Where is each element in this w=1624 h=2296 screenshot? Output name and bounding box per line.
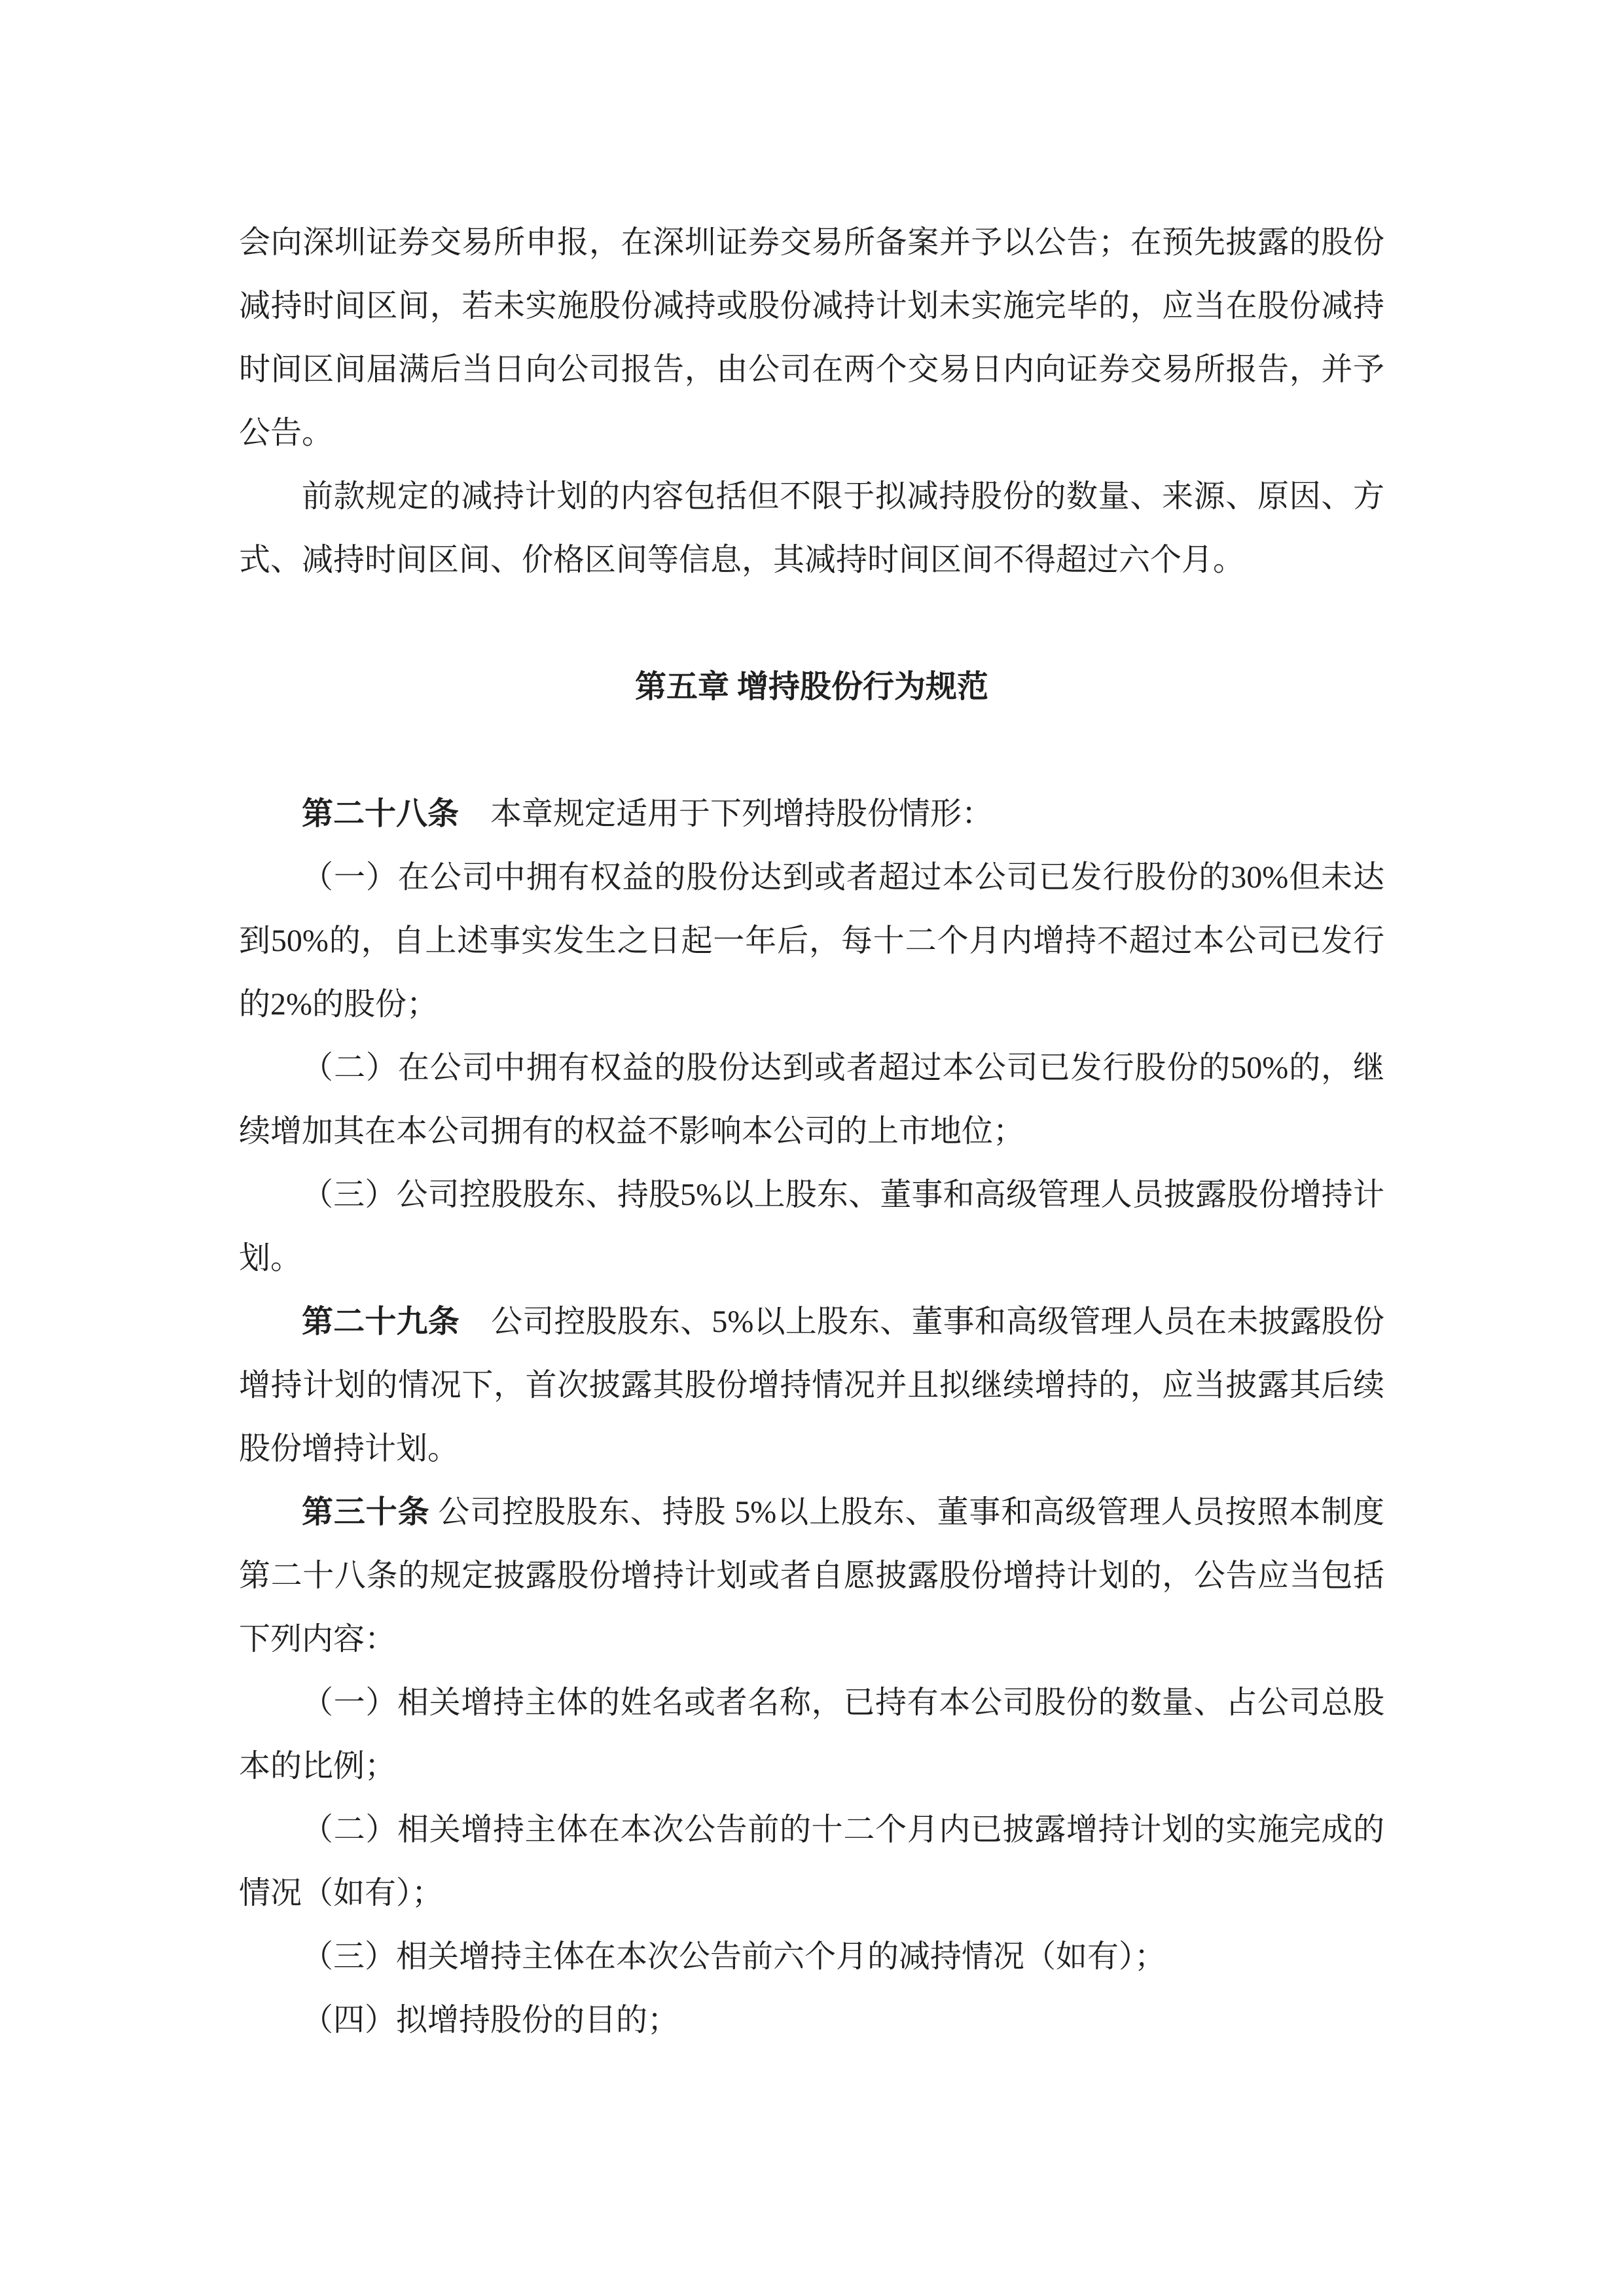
article-28-item-3: （三）公司控股股东、持股5%以上股东、董事和高级管理人员披露股份增持计划。 xyxy=(239,1163,1384,1290)
article-30: 第三十条 公司控股股东、持股 5%以上股东、董事和高级管理人员按照本制度第二十八… xyxy=(239,1480,1384,1671)
article-29: 第二十九条 公司控股股东、5%以上股东、董事和高级管理人员在未披露股份增持计划的… xyxy=(239,1290,1384,1480)
paragraph-continuation: 会向深圳证券交易所申报，在深圳证券交易所备案并予以公告；在预先披露的股份减持时间… xyxy=(239,211,1384,465)
article-30-item-3: （三）相关增持主体在本次公告前六个月的减持情况（如有）； xyxy=(239,1925,1384,1988)
article-30-item-4: （四）拟增持股份的目的； xyxy=(239,1988,1384,2052)
article-28-item-2: （二）在公司中拥有权益的股份达到或者超过本公司已发行股份的50%的，继续增加其在… xyxy=(239,1036,1384,1163)
article-30-label: 第三十条 xyxy=(302,1495,430,1530)
article-30-item-2: （二）相关增持主体在本次公告前的十二个月内已披露增持计划的实施完成的情况（如有）… xyxy=(239,1798,1384,1925)
chapter-5-heading: 第五章 增持股份行为规范 xyxy=(239,655,1384,719)
article-28-text: 本章规定适用于下列增持股份情形： xyxy=(459,797,993,831)
paragraph-reduction-plan-contents: 前款规定的减持计划的内容包括但不限于拟减持股份的数量、来源、原因、方式、减持时间… xyxy=(239,465,1384,592)
article-30-item-1: （一）相关增持主体的姓名或者名称，已持有本公司股份的数量、占公司总股本的比例； xyxy=(239,1671,1384,1798)
article-28: 第二十八条 本章规定适用于下列增持股份情形： xyxy=(239,782,1384,846)
article-28-label: 第二十八条 xyxy=(302,797,459,831)
article-29-label: 第二十九条 xyxy=(302,1304,460,1339)
document-page: 会向深圳证券交易所申报，在深圳证券交易所备案并予以公告；在预先披露的股份减持时间… xyxy=(0,0,1624,2296)
article-28-item-1: （一）在公司中拥有权益的股份达到或者超过本公司已发行股份的30%但未达到50%的… xyxy=(239,846,1384,1036)
